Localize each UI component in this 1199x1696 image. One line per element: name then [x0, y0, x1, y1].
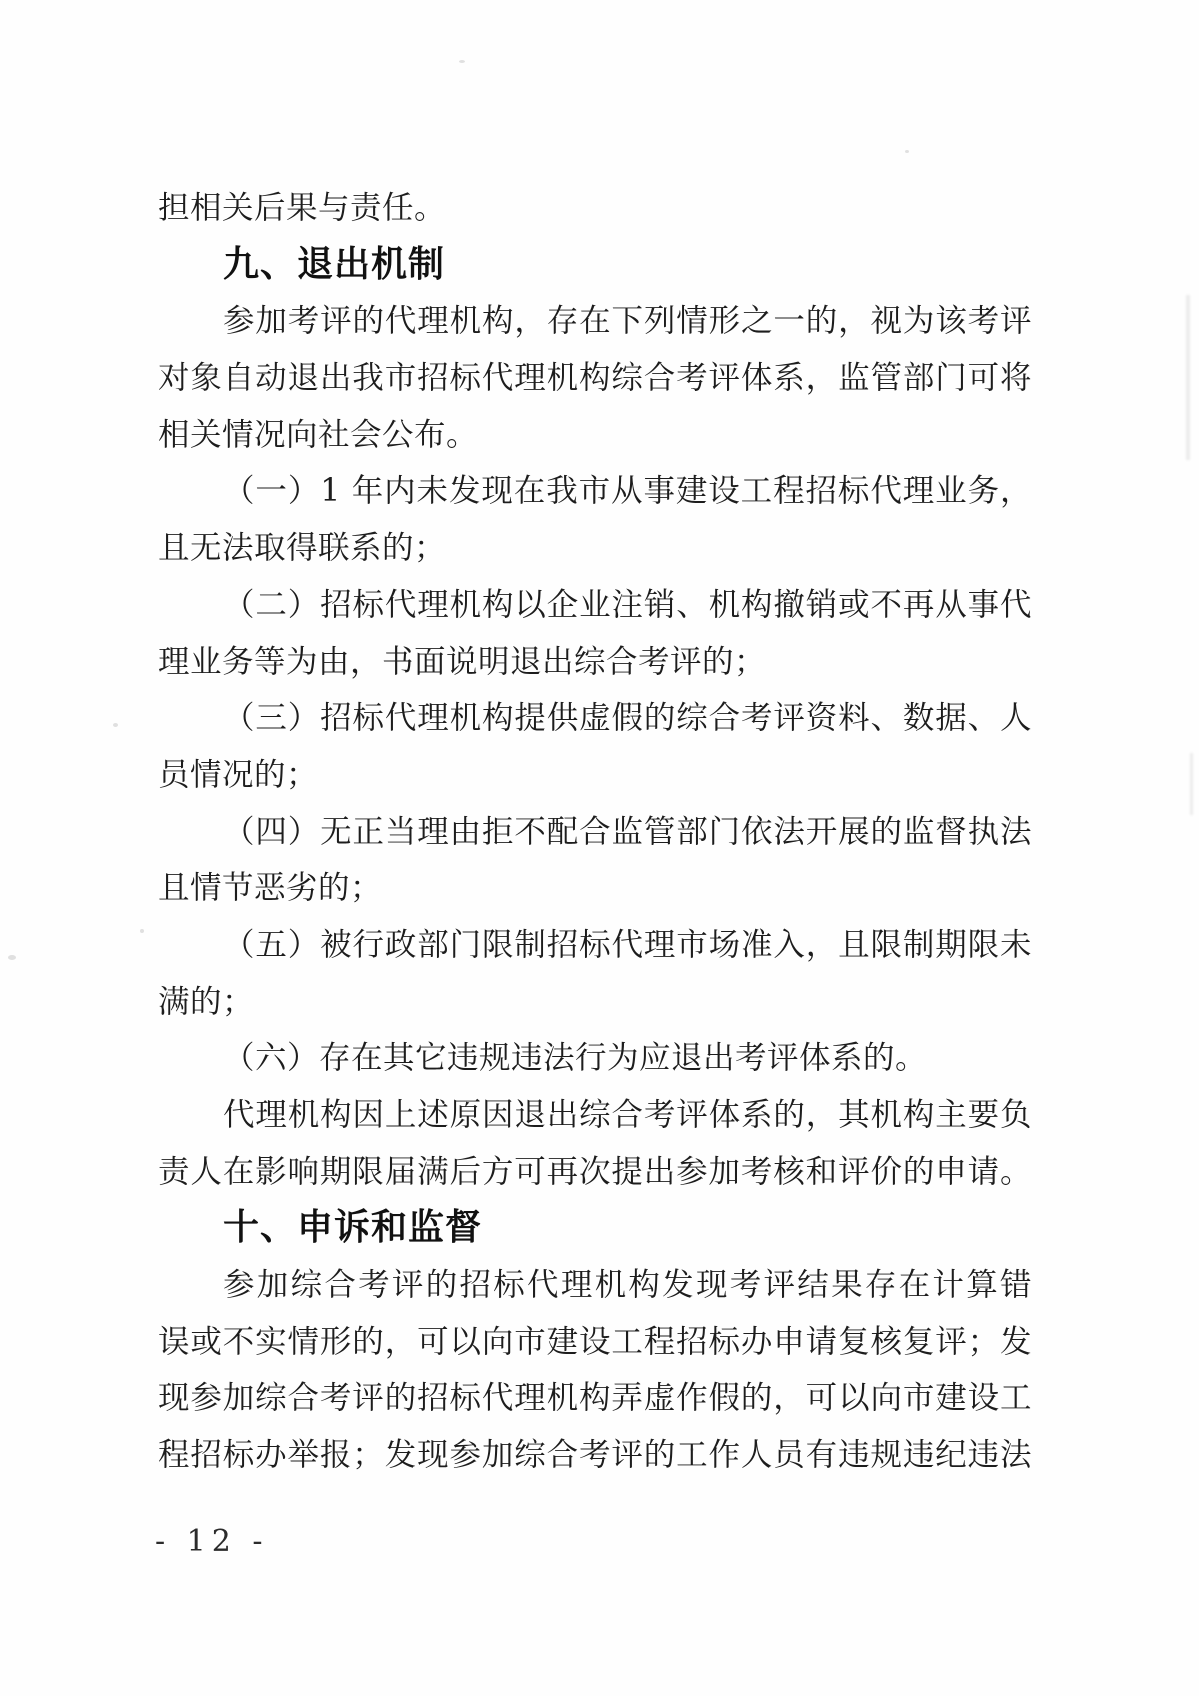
text-line: 误或不实情形的，可以向市建设工程招标办申请复核复评；发	[158, 1314, 1032, 1371]
section-heading-10: 十、申诉和监督	[158, 1200, 1032, 1257]
text-line: （六）存在其它违规违法行为应退出考评体系的。	[158, 1030, 1032, 1087]
text-line: 员情况的；	[158, 747, 1032, 804]
text-line: 且情节恶劣的；	[158, 860, 1032, 917]
scan-streak	[1190, 753, 1193, 815]
text-line: 参加综合考评的招标代理机构发现考评结果存在计算错	[158, 1257, 1032, 1314]
text-line: 现参加综合考评的招标代理机构弄虚作假的，可以向市建设工	[158, 1370, 1032, 1427]
scan-streak	[1186, 295, 1190, 460]
scanned-document-page: 担相关后果与责任。 九、退出机制 参加考评的代理机构，存在下列情形之一的，视为该…	[0, 0, 1199, 1696]
section-heading-9: 九、退出机制	[158, 237, 1032, 294]
text-line: 且无法取得联系的；	[158, 520, 1032, 577]
text-line: （一）1 年内未发现在我市从事建设工程招标代理业务，	[158, 463, 1032, 520]
scan-speck	[113, 723, 118, 727]
scan-speck	[905, 150, 909, 153]
scan-speck	[140, 929, 144, 933]
scan-speck	[690, 1448, 694, 1451]
text-line: （二）招标代理机构以企业注销、机构撤销或不再从事代	[158, 577, 1032, 634]
scan-speck	[459, 60, 465, 63]
text-line: 程招标办举报；发现参加综合考评的工作人员有违规违纪违法	[158, 1427, 1032, 1484]
scan-speck	[8, 955, 16, 960]
text-line: （四）无正当理由拒不配合监管部门依法开展的监督执法	[158, 804, 1032, 861]
text-line: 满的；	[158, 974, 1032, 1031]
text-line: 代理机构因上述原因退出综合考评体系的，其机构主要负	[158, 1087, 1032, 1144]
document-text: 担相关后果与责任。 九、退出机制 参加考评的代理机构，存在下列情形之一的，视为该…	[158, 180, 1032, 1484]
text-line: （五）被行政部门限制招标代理市场准入，且限制期限未	[158, 917, 1032, 974]
text-line: 担相关后果与责任。	[158, 180, 1032, 237]
text-line: 相关情况向社会公布。	[158, 407, 1032, 464]
text-line: 参加考评的代理机构，存在下列情形之一的，视为该考评	[158, 293, 1032, 350]
text-line: 理业务等为由，书面说明退出综合考评的；	[158, 634, 1032, 691]
text-line: 对象自动退出我市招标代理机构综合考评体系，监管部门可将	[158, 350, 1032, 407]
page-number: - 12 -	[155, 1524, 269, 1559]
text-line: 责人在影响期限届满后方可再次提出参加考核和评价的申请。	[158, 1144, 1032, 1201]
text-line: （三）招标代理机构提供虚假的综合考评资料、数据、人	[158, 690, 1032, 747]
